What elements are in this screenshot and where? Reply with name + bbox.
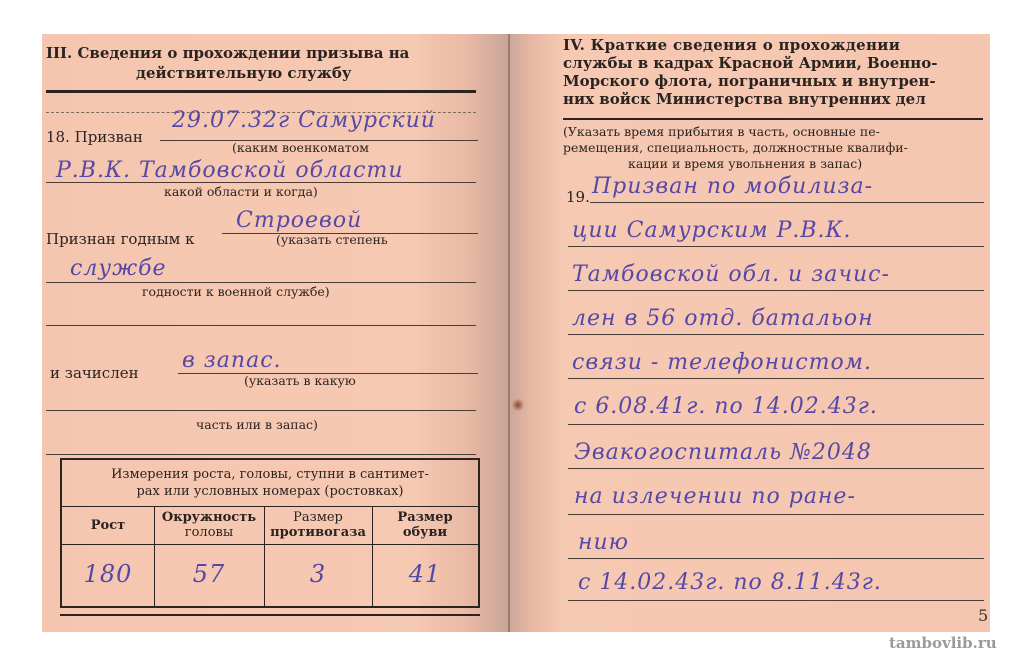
entry-rule: [568, 468, 984, 469]
measurements-table: Измерения роста, головы, ступни в сантим…: [60, 458, 480, 608]
field-rule: [46, 325, 476, 326]
header-text: Рост: [91, 518, 125, 533]
header-height: Рост: [62, 518, 154, 533]
instruction-line3: кации и время увольнения в запас): [628, 156, 862, 171]
value-head-circumference: 57: [154, 560, 264, 588]
enrolled-value: в запас.: [182, 348, 282, 373]
header-text: Окружность: [154, 510, 264, 525]
entry-rule: [568, 514, 984, 515]
page-number: 5: [978, 606, 988, 625]
enrolled-hint1: (указать в какую: [244, 373, 356, 388]
service-entry-line: с 14.02.43г. по 8.11.43г.: [578, 570, 882, 595]
table-rule: [62, 544, 478, 545]
instruction-line2: ремещения, специальность, должностные кв…: [563, 140, 908, 155]
field-18-hint2: какой области и когда): [164, 184, 318, 199]
fitness-value-line2: службе: [70, 256, 167, 281]
header-shoe-size: Размер обуви: [372, 510, 478, 540]
header-text: обуви: [372, 525, 478, 540]
service-entry-line: Призван по мобилиза-: [592, 174, 873, 199]
header-text: головы: [154, 525, 264, 540]
field-rule: [46, 282, 476, 283]
entry-rule: [568, 290, 984, 291]
enrolled-hint2: часть или в запас): [196, 417, 318, 432]
value-height: 180: [62, 560, 154, 588]
section-iv-title-line3: Морского флота, пограничных и внутрен-: [563, 72, 936, 90]
service-entry-line: лен в 56 отд. батальон: [572, 306, 874, 331]
table-bottom-rule: [60, 614, 480, 616]
fitness-hint2: годности к военной службе): [142, 284, 330, 299]
paper-stain: [512, 398, 524, 412]
entry-rule: [568, 334, 984, 335]
header-text: противогаза: [264, 525, 372, 540]
service-entry-line: на излечении по ране-: [574, 484, 856, 509]
book-spine: [508, 34, 510, 632]
header-head-circumference: Окружность головы: [154, 510, 264, 540]
title-underline: [563, 118, 983, 120]
entry-rule: [568, 558, 984, 559]
field-rule: [46, 410, 476, 411]
table-caption: Измерения роста, головы, ступни в сантим…: [62, 466, 478, 500]
service-entry-line: ции Самурским Р.В.К.: [572, 218, 852, 243]
service-entry-line: Эвакогоспиталь №2048: [574, 440, 872, 465]
service-entry-line: с 6.08.41г. по 14.02.43г.: [574, 394, 878, 419]
fitness-label: Признан годным к: [46, 230, 194, 248]
entry-rule: [568, 424, 984, 425]
entry-rule: [568, 600, 984, 601]
enrolled-label: и зачислен: [50, 364, 139, 382]
service-entry-line: связи - телефонистом.: [572, 350, 872, 375]
header-text: Размер: [264, 510, 372, 525]
value-gasmask-size: 3: [264, 560, 372, 588]
field-18-value-line1: 29.07.32г Самурский: [172, 108, 436, 133]
field-18-label: 18. Призван: [46, 128, 143, 146]
fitness-value-line1: Строевой: [236, 208, 362, 233]
table-caption-line1: Измерения роста, головы, ступни в сантим…: [62, 466, 478, 483]
section-iii-title-line1: III. Сведения о прохождении призыва на: [46, 44, 409, 62]
section-iv-title-line1: IV. Краткие сведения о прохождении: [563, 36, 900, 54]
entry-rule: [590, 202, 984, 203]
service-entry-line: нию: [578, 530, 629, 555]
section-iv-title-line2: службы в кадрах Красной Армии, Военно-: [563, 54, 937, 72]
field-18-hint1: (каким военкоматом: [232, 140, 369, 155]
header-gasmask-size: Размер противогаза: [264, 510, 372, 540]
fitness-hint1: (указать степень: [276, 232, 388, 247]
field-18-value-line2: Р.В.К. Тамбовской области: [56, 158, 404, 183]
section-iii-title-line2: действительную службу: [136, 64, 352, 82]
entry-rule: [568, 246, 984, 247]
entry-rule: [568, 378, 984, 379]
field-rule: [46, 182, 476, 183]
table-rule: [62, 506, 478, 507]
field-rule: [46, 454, 476, 455]
value-shoe-size: 41: [372, 560, 478, 588]
instruction-line1: (Указать время прибытия в часть, основны…: [563, 124, 880, 139]
section-iv-title-line4: них войск Министерства внутренних дел: [563, 90, 926, 108]
title-underline: [46, 90, 476, 93]
header-text: Размер: [372, 510, 478, 525]
field-19-label: 19.: [566, 188, 590, 206]
table-caption-line2: рах или условных номерах (ростовках): [62, 483, 478, 500]
watermark: tambovlib.ru: [889, 634, 997, 652]
service-entry-line: Тамбовской обл. и зачис-: [572, 262, 890, 287]
